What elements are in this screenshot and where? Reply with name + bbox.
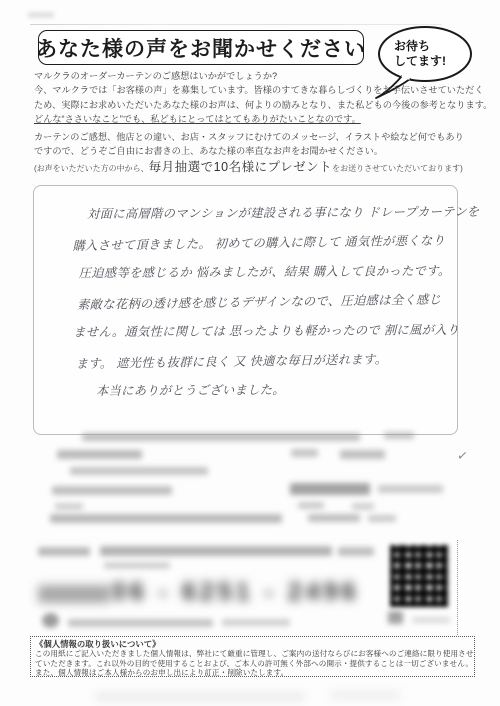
intro-paragraph: マルクラのオーダーカーテンのご感想はいかがでしょうか? 今、マルクラでは「お客様…	[34, 69, 484, 177]
scan-smudge	[95, 693, 305, 701]
privacy-line-3: また、個人情報はご本人様からのお申し出により訂正・削除いたします。	[35, 668, 470, 678]
redacted-blur	[352, 503, 374, 510]
handwriting-line: 圧迫感等を感じるか 悩みましたが、結果 購入して良かったです。	[79, 257, 473, 289]
redacted-blur	[378, 485, 443, 493]
redacted-blur	[368, 515, 396, 522]
privacy-heading: 《個人情報の取り扱いについて》	[35, 639, 470, 649]
page-title: あなた様の声をお聞かせください	[36, 33, 366, 63]
redacted-blur	[82, 433, 360, 441]
redacted-blur	[340, 450, 385, 459]
redacted-blur	[38, 585, 110, 603]
redacted-blur	[388, 611, 403, 624]
redacted-blur	[412, 617, 450, 623]
redacted-blur	[68, 619, 213, 627]
handwriting-line: ます。 遮光性も抜群に良く 又 快適な毎日が送れます。	[75, 344, 473, 379]
handwriting-line: 本当にありがとうございました。	[96, 375, 474, 407]
checkmark: ✓	[456, 447, 469, 464]
title-box: あなた様の声をお聞かせください	[38, 30, 364, 65]
redacted-blur	[50, 514, 282, 523]
handwriting-line: 素敵な花柄の透け感を感じるデザインなので、圧迫感は全く感じ	[77, 285, 473, 320]
intro-line-1: マルクラのオーダーカーテンのご感想はいかがでしょうか?	[34, 69, 484, 83]
intro-line-6: ですので、どうぞご自由にお書きの上、あなた様の率直なお声をお聞かせください。	[34, 144, 484, 158]
redacted-blur	[290, 483, 370, 495]
bubble-line-2: してます!	[394, 54, 464, 69]
prize-line: (お声をいただいた方の中から、 毎月抽選で10名様にプレゼント をお送りさせてい…	[34, 160, 484, 176]
phone-number-redacted: 06 - 6251 - 2496	[112, 578, 382, 607]
privacy-line-2: ていただきます。これ以外の目的で使用することおよび、ご本人の許可無く外部への開示…	[35, 659, 470, 669]
privacy-line-1: この用紙にご記入いただきました個人情報は、弊社にて厳重に管理し、ご案内の送付なら…	[35, 649, 470, 659]
intro-line-2: 今、マルクラでは「お客様の声」を募集しています。皆様のすてきな暮らしづくりをお手…	[34, 83, 484, 97]
prize-prefix: (お声をいただいた方の中から、	[34, 162, 149, 176]
bubble-line-1: お待ち	[394, 39, 464, 54]
handwriting-line: 購入させて頂きました。 初めての購入に際して 通気性が悪くなり	[72, 226, 472, 261]
intro-line-4: どんな“ささいなこと”でも、私どもにとってはとてもありがたいことなのです。	[34, 112, 484, 126]
qr-code	[390, 545, 448, 607]
redacted-blur	[298, 502, 324, 509]
redacted-blur	[308, 514, 360, 522]
redacted-blur	[222, 619, 290, 626]
handwriting-line: ません。通気性に関しては 思ったよりも軽かったので 割に風が入り	[73, 316, 473, 348]
redacted-blur	[384, 432, 414, 439]
handwritten-feedback: 対面に高層階のマンションが建設される事になり ドレープカーテンを 購入させて頂き…	[72, 197, 474, 408]
redacted-blur	[52, 486, 172, 495]
redacted-blur	[55, 503, 83, 510]
redacted-blur	[291, 449, 318, 457]
intro-line-3: ため、実際にお求めいただいたあなた様のお声は、何よりの励みとなり、また私どもの今…	[34, 98, 484, 112]
scan-smudge	[28, 12, 54, 18]
redacted-blur	[57, 450, 142, 459]
redacted-blur	[338, 547, 374, 556]
prize-suffix: をお送りさせていただいております)	[332, 162, 463, 176]
scan-smudge	[330, 691, 400, 699]
speech-bubble-text: お待ち してます!	[394, 39, 464, 69]
redacted-blur	[38, 547, 90, 556]
redacted-blur	[42, 613, 59, 628]
redacted-blur	[100, 546, 332, 556]
handwriting-line: 対面に高層階のマンションが建設される事になり ドレープカーテンを	[87, 198, 472, 230]
privacy-policy-box: 《個人情報の取り扱いについて》 この用紙にご記入いただきました個人情報は、弊社に…	[30, 636, 475, 677]
prize-highlight: 毎月抽選で10名様にプレゼント	[149, 160, 332, 174]
intro-line-5: カーテンのご感想、他店との違い、お店・スタッフにむけてのメッセージ、イラストや絵…	[34, 130, 484, 144]
redacted-blur	[104, 562, 170, 569]
redacted-blur	[70, 467, 208, 475]
dotted-cut-line	[457, 540, 458, 635]
scanned-feedback-form: { "header": { "title": "あなた様の声をお聞かせください"…	[0, 0, 500, 706]
